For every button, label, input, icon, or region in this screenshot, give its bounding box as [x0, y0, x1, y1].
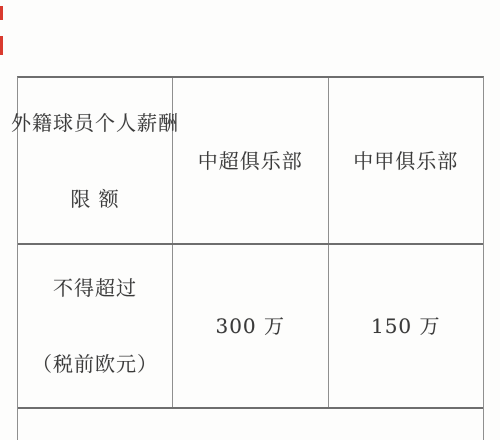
- foreign-player-salary-cap-table: 外籍球员个人薪酬 限 额 中超俱乐部 中甲俱乐部 不得超过 （税前欧元） 300…: [17, 76, 484, 440]
- red-scan-mark-top: [0, 6, 3, 20]
- cell-value-csl-limit: 300 万: [173, 245, 329, 407]
- cell-text-line: 中超俱乐部: [198, 148, 303, 174]
- cell-text-line: 限 额: [70, 186, 119, 212]
- table-header-row: 外籍球员个人薪酬 限 额 中超俱乐部 中甲俱乐部: [18, 78, 483, 245]
- cell-value-league-one-limit: 150 万: [329, 245, 484, 407]
- cell-text-line: 中甲俱乐部: [353, 148, 458, 174]
- table-partial-row-cutoff: [18, 409, 483, 440]
- table-value-row: 不得超过 （税前欧元） 300 万 150 万: [18, 245, 483, 409]
- cell-text-line: 外籍球员个人薪酬: [11, 110, 179, 136]
- cell-row-label-must-not-exceed: 不得超过 （税前欧元）: [18, 245, 173, 407]
- red-scan-mark-bottom: [0, 36, 3, 55]
- cell-empty-partial: [18, 409, 483, 440]
- cell-text-line: （税前欧元）: [32, 351, 158, 377]
- cell-header-league-one-clubs: 中甲俱乐部: [329, 78, 484, 243]
- cell-text-line: 300 万: [215, 313, 285, 339]
- cell-header-csl-clubs: 中超俱乐部: [173, 78, 329, 243]
- cell-row-label-salary-limit: 外籍球员个人薪酬 限 额: [18, 78, 173, 243]
- cell-text-line: 150 万: [371, 313, 441, 339]
- cell-text-line: 不得超过: [53, 275, 137, 301]
